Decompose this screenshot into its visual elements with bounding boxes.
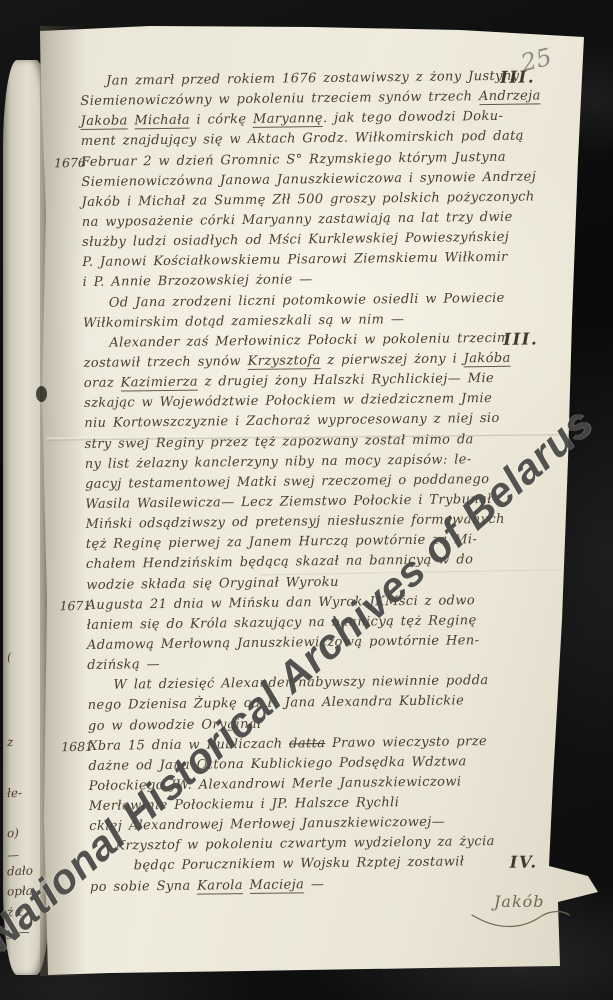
underlined-name: Jakoba bbox=[81, 114, 128, 131]
margin-roman-numeral: IV. bbox=[510, 853, 538, 873]
neighbor-page-text-fragment: łe- bbox=[7, 786, 23, 801]
margin-year: 1671 bbox=[59, 596, 91, 617]
paper-notch bbox=[36, 386, 47, 402]
margin-roman-numeral: III. bbox=[503, 329, 538, 350]
margin-year: 1681 bbox=[61, 737, 93, 758]
margin-year: 1676 bbox=[54, 152, 86, 173]
underlined-name: Krzysztofa bbox=[247, 353, 320, 370]
signature-text: Jakób bbox=[494, 892, 545, 911]
struck-word: datta bbox=[289, 736, 325, 751]
underlined-name: Andrzeja bbox=[479, 89, 541, 106]
underlined-name: Macieja bbox=[249, 877, 304, 894]
underlined-name: Jakóba bbox=[464, 351, 511, 368]
neighbor-page-text-fragment: ( bbox=[7, 650, 12, 664]
underlined-name: Michała bbox=[134, 113, 190, 130]
signature-block: Jakób bbox=[468, 892, 588, 933]
margin-roman-numeral: III. bbox=[500, 67, 535, 88]
underlined-name: Kazimierza bbox=[120, 375, 198, 392]
underlined-name: Maryannę bbox=[253, 111, 323, 128]
neighbor-page-text-fragment: z bbox=[7, 735, 14, 749]
neighbor-page-text-fragment: o) bbox=[7, 826, 19, 840]
underlined-name: Karola bbox=[197, 878, 243, 895]
archive-scan-photo: { "document": { "watermark": "National H… bbox=[0, 0, 613, 1000]
neighbor-page-text-fragment: — bbox=[7, 848, 19, 862]
